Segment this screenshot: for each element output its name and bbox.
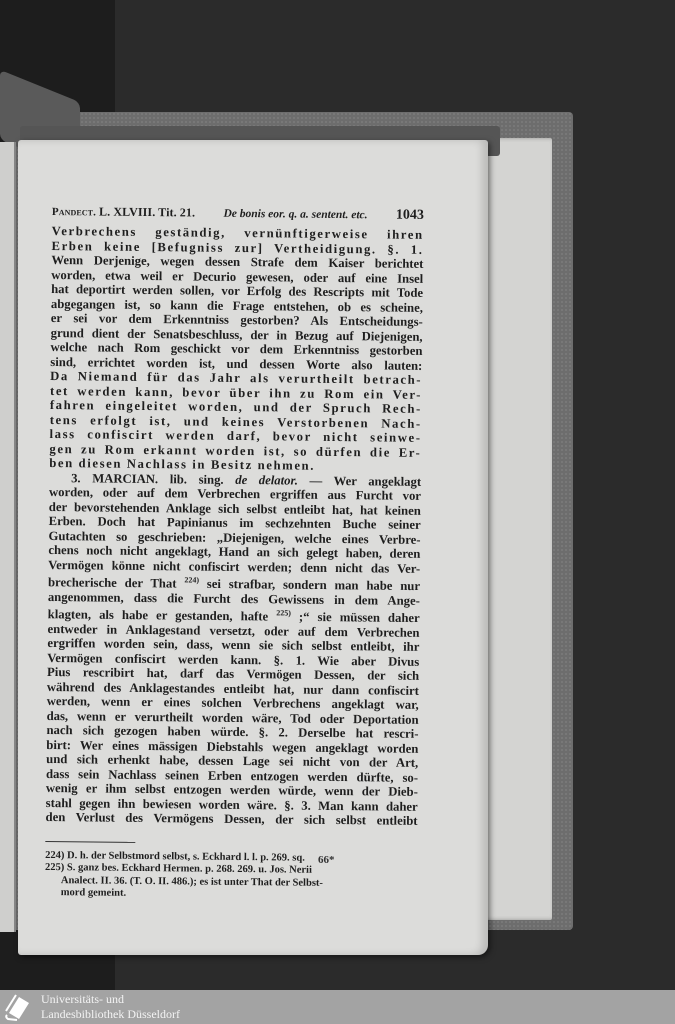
footnotes: 224) D. h. der Selbstmord selbst, s. Eck… bbox=[45, 850, 418, 904]
institution-name: Universitäts- und Landesbibliothek Düsse… bbox=[41, 992, 180, 1022]
footnote-ref-225[interactable]: 225) bbox=[276, 609, 291, 618]
text-line: den Verlust des Vermögens Dessen, der si… bbox=[45, 810, 417, 828]
left-page-edge bbox=[0, 142, 16, 932]
book-label: Pandect. bbox=[52, 206, 96, 218]
section-3-first-words: — Wer angeklagt bbox=[310, 473, 422, 488]
book-logo-icon bbox=[3, 993, 33, 1021]
page-number: 1043 bbox=[396, 208, 424, 224]
library-footer: Universitäts- und Landesbibliothek Düsse… bbox=[0, 990, 675, 1024]
running-title: De bonis eor. q. a. sentent. etc. bbox=[223, 208, 367, 222]
footnote-ref-224[interactable]: 224) bbox=[184, 575, 199, 584]
page-content: Pandect. L. XLVIII. Tit. 21. De bonis eo… bbox=[45, 204, 424, 904]
main-text: Verbrechens geständig, vernünftigerweise… bbox=[45, 224, 423, 829]
book-reference: L. XLVIII. Tit. 21. bbox=[99, 204, 195, 219]
signature-mark: 66* bbox=[318, 854, 335, 866]
footnote-divider bbox=[45, 841, 135, 843]
section-3-source: de delator. bbox=[235, 472, 298, 487]
running-header: Pandect. L. XLVIII. Tit. 21. De bonis eo… bbox=[52, 204, 424, 224]
section-3-heading: 3. MARCIAN. lib. sing. bbox=[71, 471, 224, 487]
